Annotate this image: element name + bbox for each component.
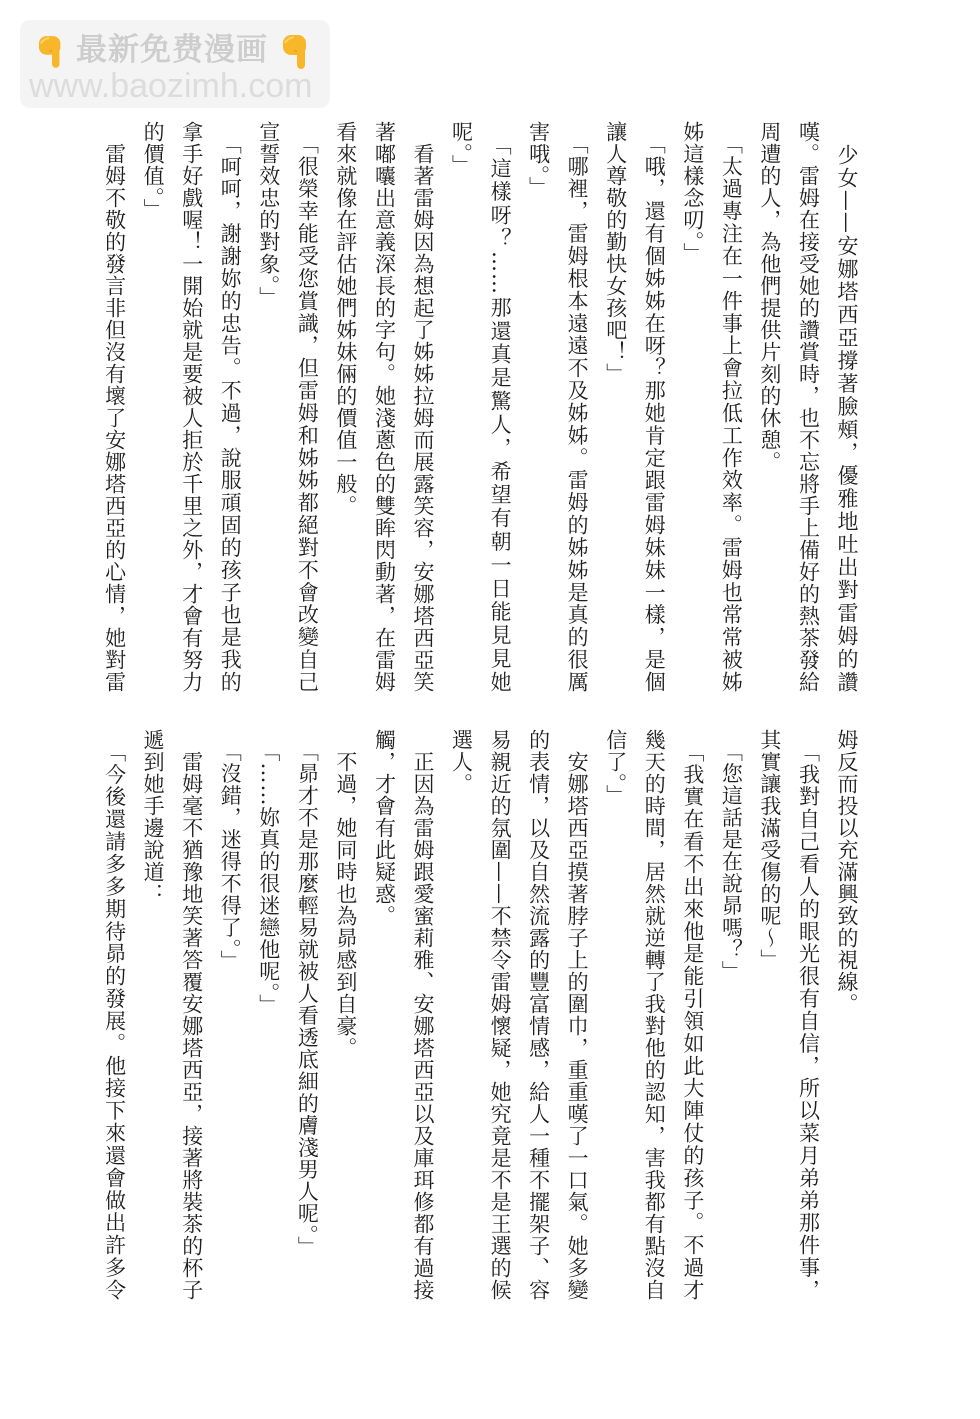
text-column: 「沒錯，迷得不得了。」	[211, 729, 250, 1301]
text-column: 嘆。雷姆在接受她的讚賞時，也不忘將手上備好的熱茶發給	[789, 121, 828, 693]
text-column: 其實讓我滿受傷的呢～」	[750, 729, 789, 1301]
text-column: 選人。	[442, 729, 481, 1301]
text-column: 安娜塔西亞摸著脖子上的圍巾，重重嘆了一口氣。她多變	[558, 729, 597, 1301]
text-column: 姊這樣念叨。」	[673, 121, 712, 693]
text-column: 宣誓效忠的對象。」	[249, 121, 288, 693]
text-column: 遞到她手邊說道：	[134, 729, 173, 1301]
text-column: 「昴才不是那麼輕易就被人看透底細的膚淺男人呢。」	[288, 729, 327, 1301]
text-block-lower: 姆反而投以充滿興致的視線。 「我對自己看人的眼光很有自信，所以菜月弟弟那件事， …	[95, 729, 866, 1301]
text-column: 「……妳真的很迷戀他呢。」	[249, 729, 288, 1301]
watermark-title: 最新免费漫画	[76, 32, 276, 68]
text-column: 周遭的人，為他們提供片刻的休憩。	[750, 121, 789, 693]
text-column: 害哦。」	[519, 121, 558, 693]
text-column: 「我實在看不出來他是能引領如此大陣仗的孩子。不過才	[673, 729, 712, 1301]
text-column: 正因為雷姆跟愛蜜莉雅、安娜塔西亞以及庫珥修都有過接	[403, 729, 442, 1301]
text-column: 不過，她同時也為昴感到自豪。	[326, 729, 365, 1301]
text-column: 「您這話是在說昴嗎？」	[712, 729, 751, 1301]
text-column: 易親近的氛圍——不禁令雷姆懷疑，她究竟是不是王選的候	[481, 729, 520, 1301]
text-column: 「哪裡，雷姆根本遠遠不及姊姊。雷姆的姊姊是真的很厲	[558, 121, 597, 693]
watermark-banner: 最新免费漫画 www.baozimh.com	[20, 20, 330, 108]
text-column: 「太過專注在一件事上會拉低工作效率。雷姆也常常被姊	[712, 121, 751, 693]
text-column: 觸，才會有此疑惑。	[365, 729, 404, 1301]
text-column: 幾天的時間，居然就逆轉了我對他的認知，害我都有點沒自	[635, 729, 674, 1301]
text-column: 呢。」	[442, 121, 481, 693]
text-column: 「今後還請多多期待昴的發展。他接下來還會做出許多令	[95, 729, 134, 1301]
text-column: 「我對自己看人的眼光很有自信，所以菜月弟弟那件事，	[789, 729, 828, 1301]
text-column: 「哦，還有個姊姊在呀？那她肯定跟雷姆妹妹一樣，是個	[635, 121, 674, 693]
text-column: 的價值。」	[134, 121, 173, 693]
text-column: 雷姆不敬的發言非但沒有壞了安娜塔西亞的心情，她對雷	[95, 121, 134, 693]
text-column: 雷姆毫不猶豫地笑著答覆安娜塔西亞，接著將裝茶的杯子	[172, 729, 211, 1301]
text-column: 信了。」	[596, 729, 635, 1301]
text-column: 看來就像在評估她們姊妹倆的價值一般。	[326, 121, 365, 693]
text-column: 少女——安娜塔西亞撐著臉頰，優雅地吐出對雷姆的讚	[827, 121, 866, 693]
watermark-url: www.baozimh.com	[29, 66, 329, 106]
text-column: 「呵呵，謝謝妳的忠告。不過，說服頑固的孩子也是我的	[211, 121, 250, 693]
text-column: 姆反而投以充滿興致的視線。	[827, 729, 866, 1301]
text-column: 讓人尊敬的勤快女孩吧！」	[596, 121, 635, 693]
text-column: 看著雷姆因為想起了姊姊拉姆而展露笑容，安娜塔西亞笑	[403, 121, 442, 693]
text-column: 著嘟囔出意義深長的字句。她淺蔥色的雙眸閃動著，在雷姆	[365, 121, 404, 693]
text-column: 「這樣呀？……那還真是驚人，希望有朝一日能見見她	[481, 121, 520, 693]
text-column: 的表情，以及自然流露的豐富情感，給人一種不擺架子、容	[519, 729, 558, 1301]
text-column: 「很榮幸能受您賞識，但雷姆和姊姊都絕對不會改變自己	[288, 121, 327, 693]
text-column: 拿手好戲喔！一開始就是要被人拒於千里之外，才會有努力	[172, 121, 211, 693]
text-block-upper: 少女——安娜塔西亞撐著臉頰，優雅地吐出對雷姆的讚 嘆。雷姆在接受她的讚賞時，也不…	[95, 121, 866, 693]
